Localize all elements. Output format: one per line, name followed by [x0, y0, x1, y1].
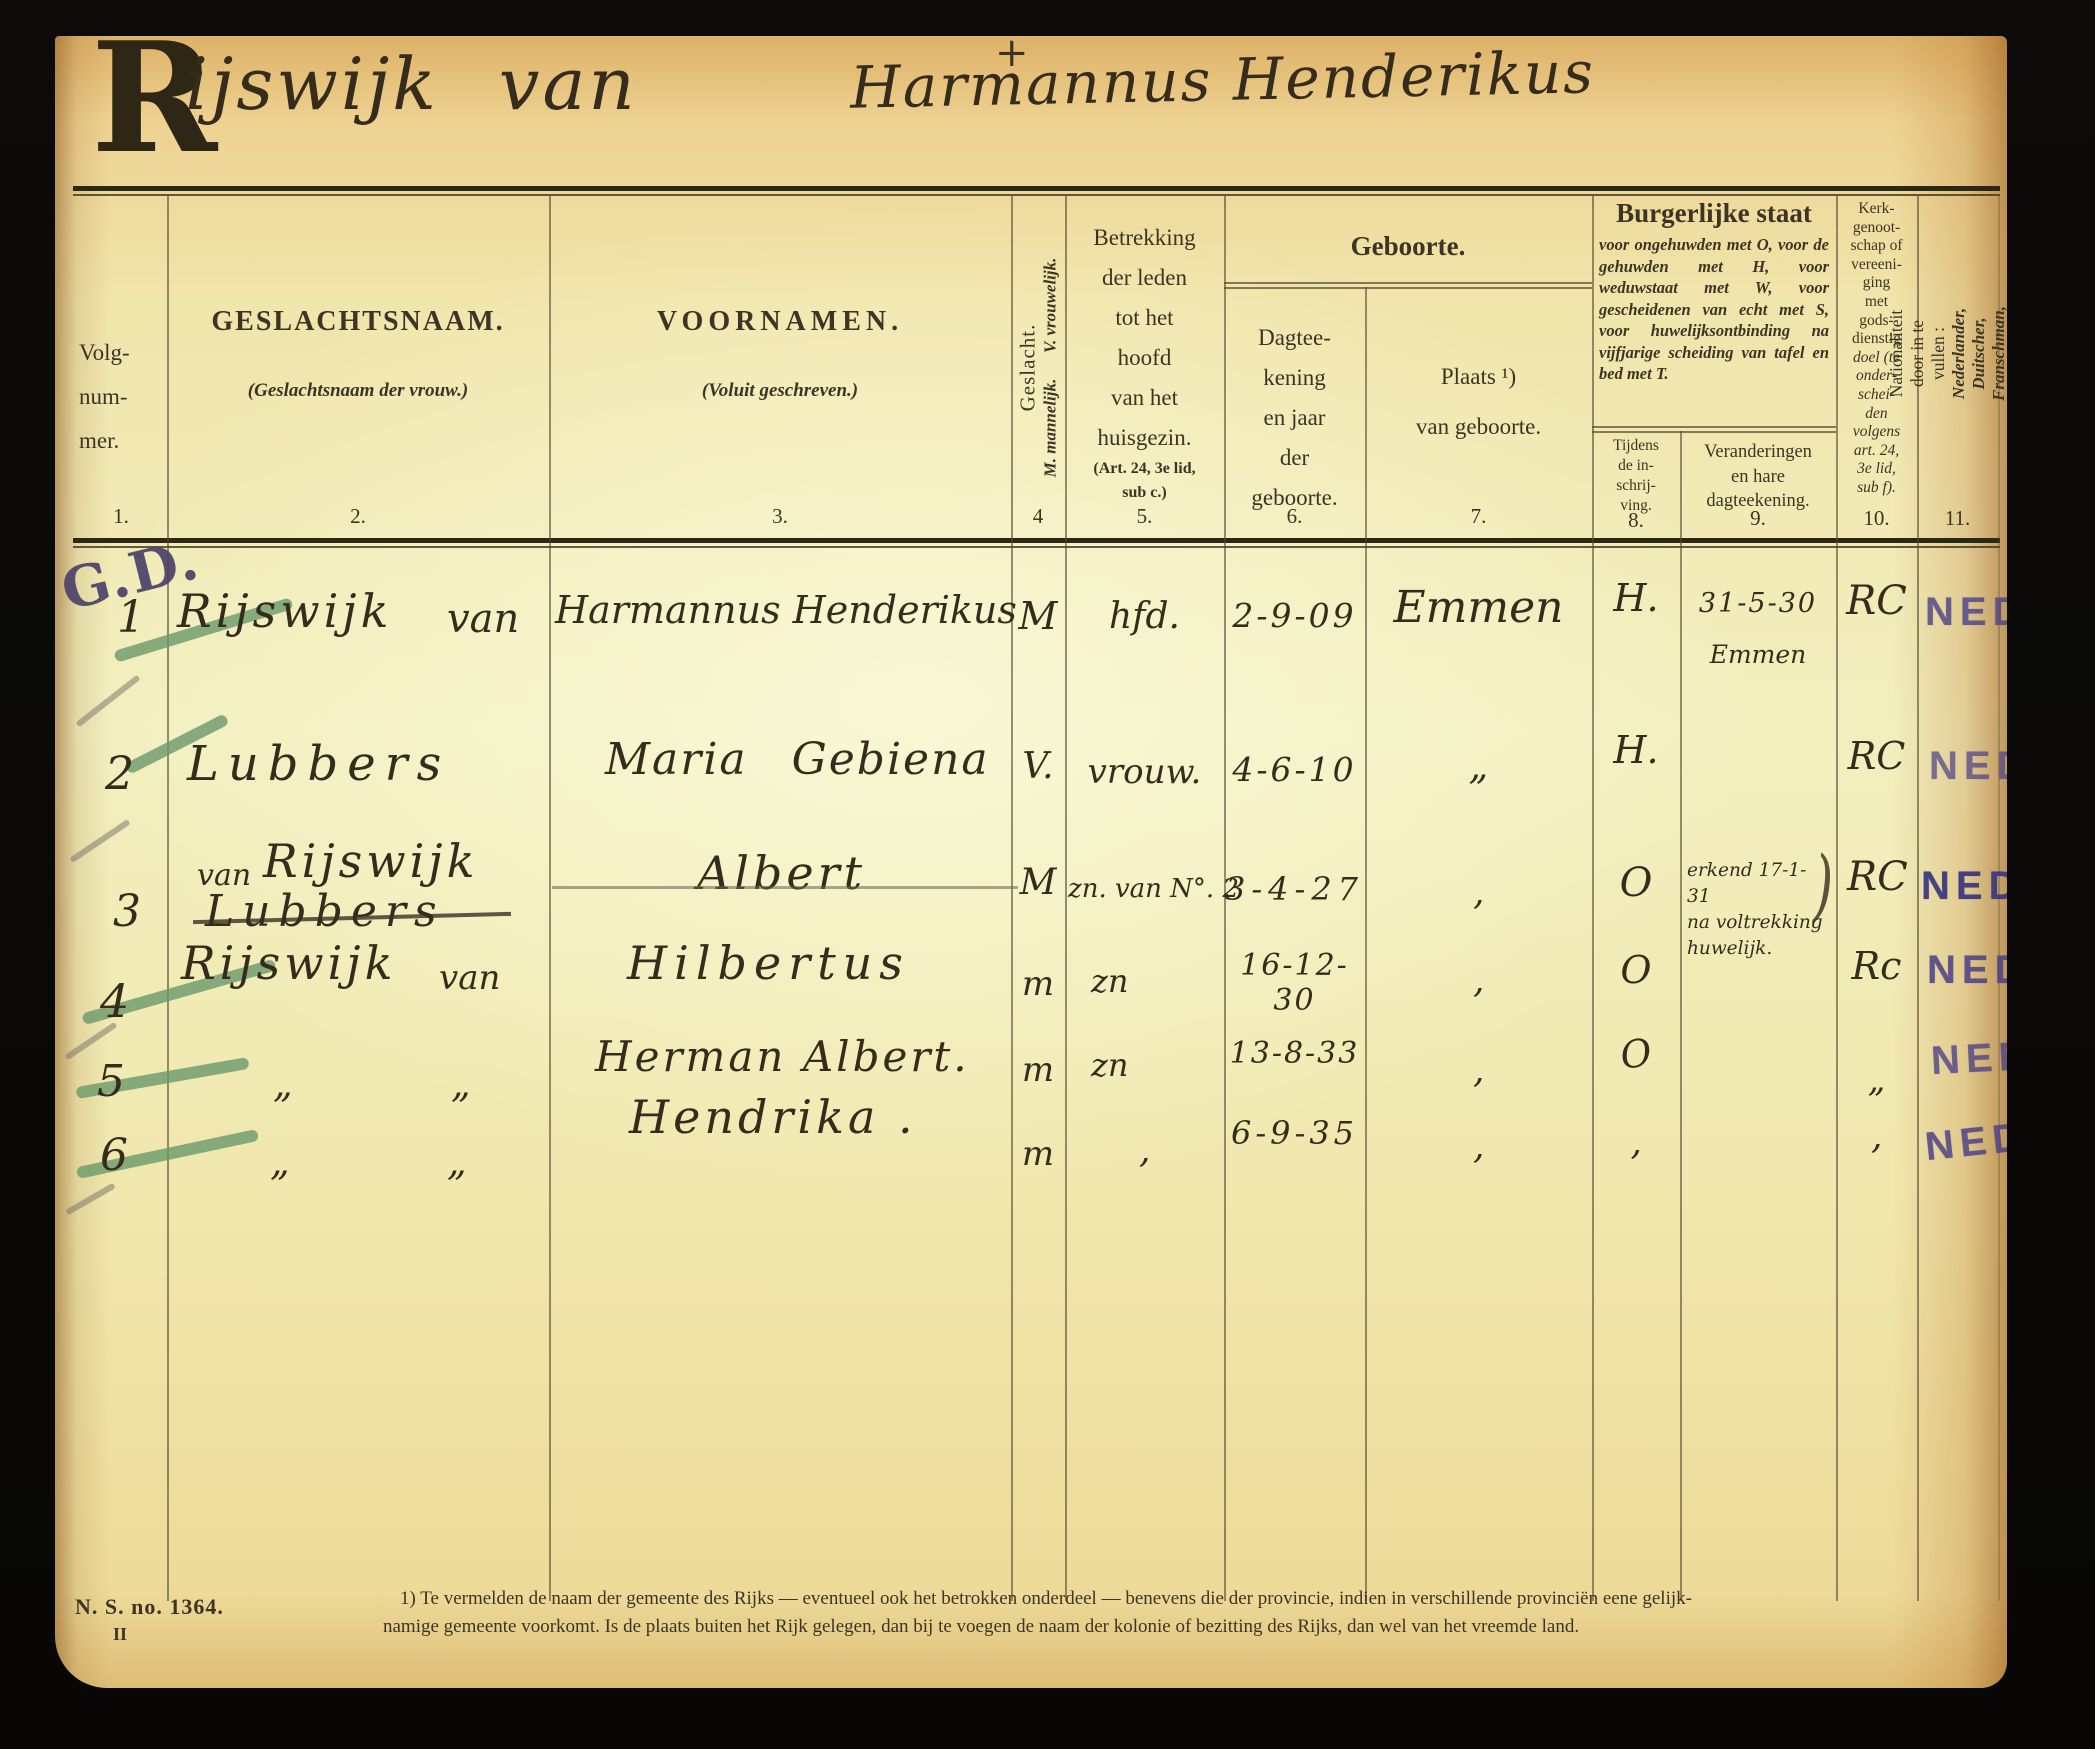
header-voornamen-title: VOORNAMEN.: [549, 306, 1011, 338]
row2-church: RC: [1836, 734, 1917, 778]
header-volgnummer: Volg- num- mer.: [79, 331, 163, 463]
col-number-6: 6.: [1224, 504, 1365, 529]
row3-civilstatus: O: [1592, 860, 1680, 906]
row1-nationality-stamp: NED: [1925, 590, 2007, 635]
row4-number: 4: [100, 974, 129, 1028]
footnote-line1: 1) Te vermelden de naam der gemeente des…: [400, 1588, 1990, 1610]
scanned-register-card: R ijswijk van + Harmannus Henderikus Vol…: [0, 0, 2095, 1749]
header-geslachtsnaam-title: GESLACHTSNAAM.: [167, 306, 549, 338]
row6-civilstatus-ditto: ‚: [1592, 1122, 1680, 1163]
row1-surname-prefix: van: [447, 596, 519, 642]
row4-birthplace-ditto: ‚: [1365, 960, 1592, 1001]
row3-surname-new: Rijswijk: [263, 834, 478, 888]
row6-birthdate: 6-9-35: [1224, 1114, 1365, 1152]
burgstaat-subrule-1: [1592, 426, 1836, 428]
header-nationaliteit-line2: Nederlander, Duitscher,: [1949, 306, 1989, 401]
row4-birthdate: 16-12-30: [1224, 948, 1365, 1018]
row3-firstnames: Albert: [697, 846, 866, 900]
row2-nationality-stamp: NED: [1929, 744, 2007, 789]
row4-surname: Rijswijk: [181, 936, 396, 990]
row1-surname: Rijswijk: [177, 584, 392, 638]
row1-change: 31-5-30: [1680, 588, 1836, 619]
row1-birthdate: 2-9-09: [1224, 596, 1365, 635]
pencil-stroke-row6: [65, 1183, 116, 1216]
row3-relation: zn. van N°. 2: [1068, 874, 1239, 904]
row4-civilstatus: O: [1592, 948, 1680, 992]
row1-relation: hfd.: [1065, 596, 1224, 637]
row5-surname-ditto1: „: [273, 1062, 293, 1106]
row3-birthplace-ditto: ‚: [1365, 872, 1592, 913]
row2-firstnames: Maria Gebiena: [605, 734, 990, 785]
geboorte-subrule-1: [1224, 282, 1592, 284]
row6-nationality-stamp: NED: [1923, 1115, 2007, 1170]
row5-birthdate: 13-8-33: [1224, 1036, 1365, 1071]
header-plaats-line1: Plaats ¹): [1365, 364, 1592, 390]
row2-birthplace-ditto: „: [1365, 744, 1592, 788]
row5-birthplace-ditto: ‚: [1365, 1050, 1592, 1091]
col-number-1: 1.: [75, 504, 167, 529]
header-volgnummer-line2: num-: [79, 375, 163, 419]
header-dagteekening: Dagtee-keningen jaardergeboorte.: [1224, 318, 1365, 518]
row2-birthdate: 4-6-10: [1224, 750, 1365, 789]
col-divider-1-2: [167, 196, 169, 1601]
header-name-script: Harmannus Henderikus: [849, 38, 1595, 122]
row2-surname: Lubbers: [187, 736, 450, 792]
header-veranderingen: Veranderingenen haredagteekening.: [1683, 440, 1833, 514]
row4-relation: zn: [1091, 962, 1128, 1000]
pencil-stroke-row2: [69, 819, 130, 863]
row5-number: 5: [97, 1056, 125, 1107]
row3-number: 3: [113, 886, 141, 937]
header-bottom-rule-thin: [73, 546, 2000, 548]
row3-birthdate: 3-4-27: [1224, 870, 1365, 908]
row6-surname-ditto2: „: [447, 1140, 467, 1184]
header-nationaliteit-line3: Franschman, enz.: [1989, 306, 2007, 401]
header-nationaliteit-line1: Nationaliteit door in te vullen :: [1886, 306, 1949, 401]
geboorte-subrule-2: [1224, 287, 1592, 289]
row3-underline: [552, 886, 1018, 889]
paper-sheet: R ijswijk van + Harmannus Henderikus Vol…: [55, 36, 2007, 1688]
row6-birthplace-ditto: ‚: [1365, 1126, 1592, 1167]
row5-civilstatus: O: [1589, 1026, 1682, 1082]
row6-church-ditto: ‚: [1836, 1116, 1917, 1157]
col-number-8: 8.: [1592, 508, 1680, 533]
row2-civilstatus: H.: [1592, 728, 1680, 772]
header-tijdens: Tijdensde in-schrij-ving.: [1592, 436, 1680, 516]
row5-church-ditto: „: [1836, 1060, 1917, 1100]
row6-surname-ditto1: „: [270, 1140, 290, 1184]
header-bottom-rule-heavy: [73, 538, 2000, 543]
col-divider-6-7: [1365, 287, 1367, 1601]
header-volgnummer-line3: mer.: [79, 419, 163, 463]
col-number-9: 9.: [1680, 506, 1836, 531]
row3-sex: M: [1011, 862, 1065, 903]
row1-birthplace: Emmen: [1365, 582, 1592, 633]
row1-sex: M: [1011, 594, 1065, 638]
row5-relation: zn: [1091, 1046, 1128, 1084]
row3-nationality-stamp: NED: [1921, 864, 2007, 909]
header-voornamen-sub: (Voluit geschreven.): [549, 380, 1011, 402]
row4-firstnames: Hilbertus: [627, 936, 910, 990]
row4-church: Rc: [1836, 944, 1917, 988]
col-number-10: 10.: [1836, 506, 1917, 531]
burgstaat-subrule-2: [1592, 431, 1836, 433]
row4-nationality-stamp: NED.: [1927, 948, 2007, 993]
header-burgstaat-title: Burgerlijke staat: [1592, 198, 1836, 229]
form-number: N. S. no. 1364.: [75, 1594, 224, 1620]
row4-sex: m: [1011, 964, 1065, 1004]
col-number-3: 3.: [549, 504, 1011, 529]
row1-civilstatus: H.: [1592, 576, 1680, 620]
header-burgstaat-note: voor ongehuwden met O, voor de gehuwden …: [1599, 234, 1829, 385]
row6-sex: m: [1011, 1134, 1065, 1174]
header-betrekking-note2: sub c.): [1065, 484, 1224, 502]
row5-sex: m: [1011, 1050, 1065, 1090]
col-number-11: 11.: [1917, 506, 1998, 531]
row1-number: 1: [117, 592, 145, 643]
col-number-2: 2.: [167, 504, 549, 529]
row2-number: 2: [105, 746, 134, 800]
header-nationaliteit-rotated: Nationaliteit door in te vullen : Nederl…: [1917, 196, 1998, 511]
header-geslachtsnaam-sub: (Geslachtsnaam der vrouw.): [167, 380, 549, 402]
row3-change-note: erkend 17-1-31na voltrekkinghuwelijk.: [1687, 858, 1827, 962]
row5-surname-ditto2: „: [451, 1062, 471, 1106]
surname-script: ijswijk van: [185, 42, 638, 126]
row6-firstnames: Hendrika .: [629, 1090, 917, 1144]
header-plaats-line2: van geboorte.: [1365, 414, 1592, 440]
row5-nationality-stamp: NED.: [1930, 1033, 2007, 1084]
row6-number: 6: [100, 1130, 128, 1181]
col-number-7: 7.: [1365, 504, 1592, 529]
header-geboorte-title: Geboorte.: [1224, 231, 1592, 262]
row1-firstnames: Harmannus Henderikus: [555, 588, 1017, 632]
col-number-5: 5.: [1065, 504, 1224, 529]
row2-relation: vrouw.: [1065, 752, 1224, 792]
series-roman: II: [113, 1624, 127, 1645]
header-geslacht-title: Geslacht.: [1016, 257, 1041, 477]
pencil-stroke-row1: [75, 675, 140, 728]
row3-change-brace: ): [1813, 841, 1833, 931]
row4-surname-prefix: van: [439, 958, 500, 998]
row3-church: RC: [1847, 854, 1908, 900]
top-rule-heavy: [73, 186, 2000, 191]
header-volgnummer-line1: Volg-: [79, 331, 163, 375]
header-geslacht-sub: M. mannelijk. V. vrouwelijk.: [1041, 257, 1061, 477]
header-betrekking: Betrekkingder ledentot hethoofdvan hethu…: [1065, 218, 1224, 458]
col-divider-2-3: [549, 196, 551, 1601]
row2-sex: V.: [1011, 746, 1065, 787]
row3-surname-struck: Lubbers: [205, 886, 445, 937]
header-geslacht-rotated: Geslacht. M. mannelijk. V. vrouwelijk.: [1003, 196, 1073, 538]
row1-change2: Emmen: [1680, 640, 1836, 669]
header-betrekking-note1: (Art. 24, 3e lid,: [1065, 460, 1224, 478]
row5-firstnames: Herman Albert.: [595, 1032, 970, 1081]
row6-relation-ditto: ‚: [1065, 1130, 1224, 1171]
footnote-line2: namige gemeente voorkomt. Is de plaats b…: [383, 1616, 1973, 1638]
row1-church: RC: [1836, 578, 1917, 624]
col-number-4: 4: [1011, 504, 1065, 529]
